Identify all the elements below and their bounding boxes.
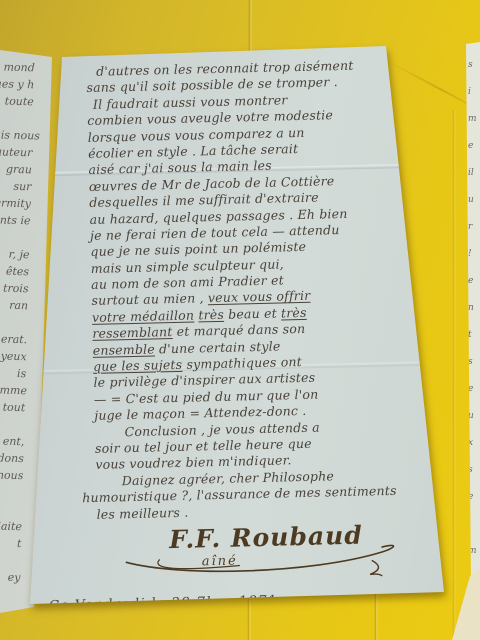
letter-line-segment: très	[198, 307, 224, 323]
letter-line-segment: ensemble	[93, 341, 155, 357]
letter-line-segment: veux vous offrir	[208, 288, 311, 305]
dateline: Ce Vendredi le 29 7bre 1871 .	[49, 589, 415, 614]
letter-page: d'autres on les reconnait trop aiséments…	[0, 0, 480, 640]
letter-line-segment: votre médaillon	[92, 307, 195, 324]
letter-line-segment: beau et	[224, 305, 281, 321]
signature-flourish	[119, 541, 420, 582]
letter-line-segment: sympathiques ont	[182, 354, 302, 372]
letter-line-segment: d'une certain style	[155, 338, 281, 356]
letter-line-segment: ressemblant	[92, 324, 173, 341]
signature-block: F.F. Roubaud aîné	[169, 519, 414, 581]
letter-text-block: d'autres on les reconnait trop aiséments…	[86, 57, 415, 613]
letter-photo-scene: mondues y htoutemais noushauteurgrausurh…	[0, 0, 480, 640]
letter-page-wrap: d'autres on les reconnait trop aiséments…	[0, 0, 480, 640]
letter-line-segment: très	[281, 305, 307, 321]
letter-line-segment: que les sujets	[93, 357, 183, 374]
letter-body: d'autres on les reconnait trop aiséments…	[86, 57, 413, 523]
letter-line-segment: et marqué dans son	[172, 321, 305, 339]
signature-suffix: aîné	[202, 554, 238, 570]
letter-line-segment: les meilleurs .	[96, 504, 188, 521]
letter-line-segment: surtout au mien ,	[91, 291, 208, 309]
